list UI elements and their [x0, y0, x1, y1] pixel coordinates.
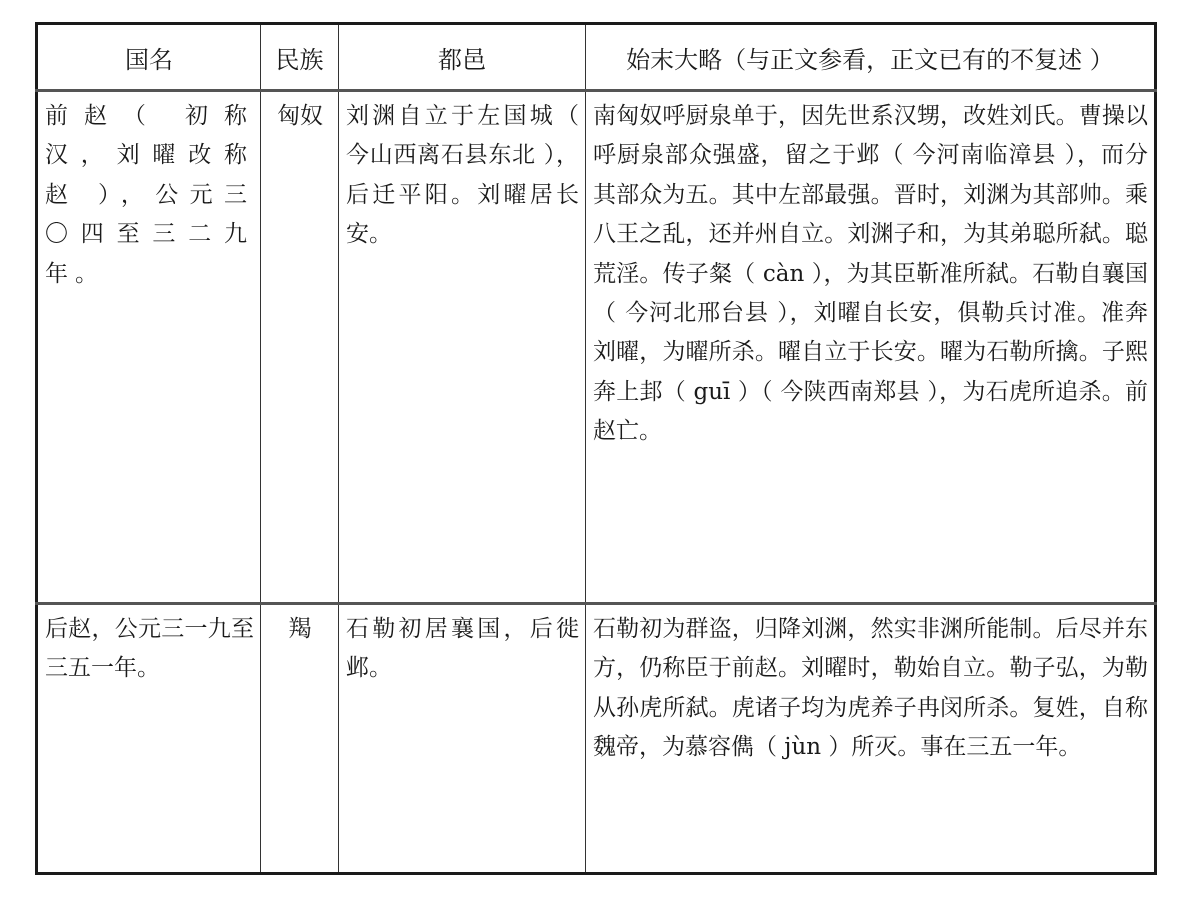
cell-ethnicity: 羯: [261, 604, 339, 874]
header-ethnicity: 民族: [261, 24, 339, 91]
cell-capital: 石勒初居襄国，后徙邺。: [339, 604, 586, 874]
cell-summary: 南匈奴呼厨泉单于，因先世系汉甥，改姓刘氏。曹操以呼厨泉部众强盛，留之于邺（ 今河…: [586, 91, 1156, 604]
header-capital: 都邑: [339, 24, 586, 91]
header-state-name: 国名: [37, 24, 261, 91]
cell-ethnicity: 匈奴: [261, 91, 339, 604]
cell-summary: 石勒初为群盗，归降刘渊，然实非渊所能制。后尽并东方，仍称臣于前赵。刘曜时，勒始自…: [586, 604, 1156, 874]
table-row: 前赵（ 初称汉，刘曜改称赵 ），公元三〇四至三二九年。 匈奴 刘渊自立于左国城（…: [37, 91, 1156, 604]
cell-state-name: 前赵（ 初称汉，刘曜改称赵 ），公元三〇四至三二九年。: [37, 91, 261, 604]
cell-capital: 刘渊自立于左国城（ 今山西离石县东北 ），后迁平阳。刘曜居长安。: [339, 91, 586, 604]
header-row: 国名 民族 都邑 始末大略（与正文参看，正文已有的不复述 ）: [37, 24, 1156, 91]
header-summary: 始末大略（与正文参看，正文已有的不复述 ）: [586, 24, 1156, 91]
table-row: 后赵，公元三一九至三五一年。 羯 石勒初居襄国，后徙邺。 石勒初为群盗，归降刘渊…: [37, 604, 1156, 874]
history-table: 国名 民族 都邑 始末大略（与正文参看，正文已有的不复述 ） 前赵（ 初称汉，刘…: [35, 22, 1157, 875]
cell-state-name: 后赵，公元三一九至三五一年。: [37, 604, 261, 874]
